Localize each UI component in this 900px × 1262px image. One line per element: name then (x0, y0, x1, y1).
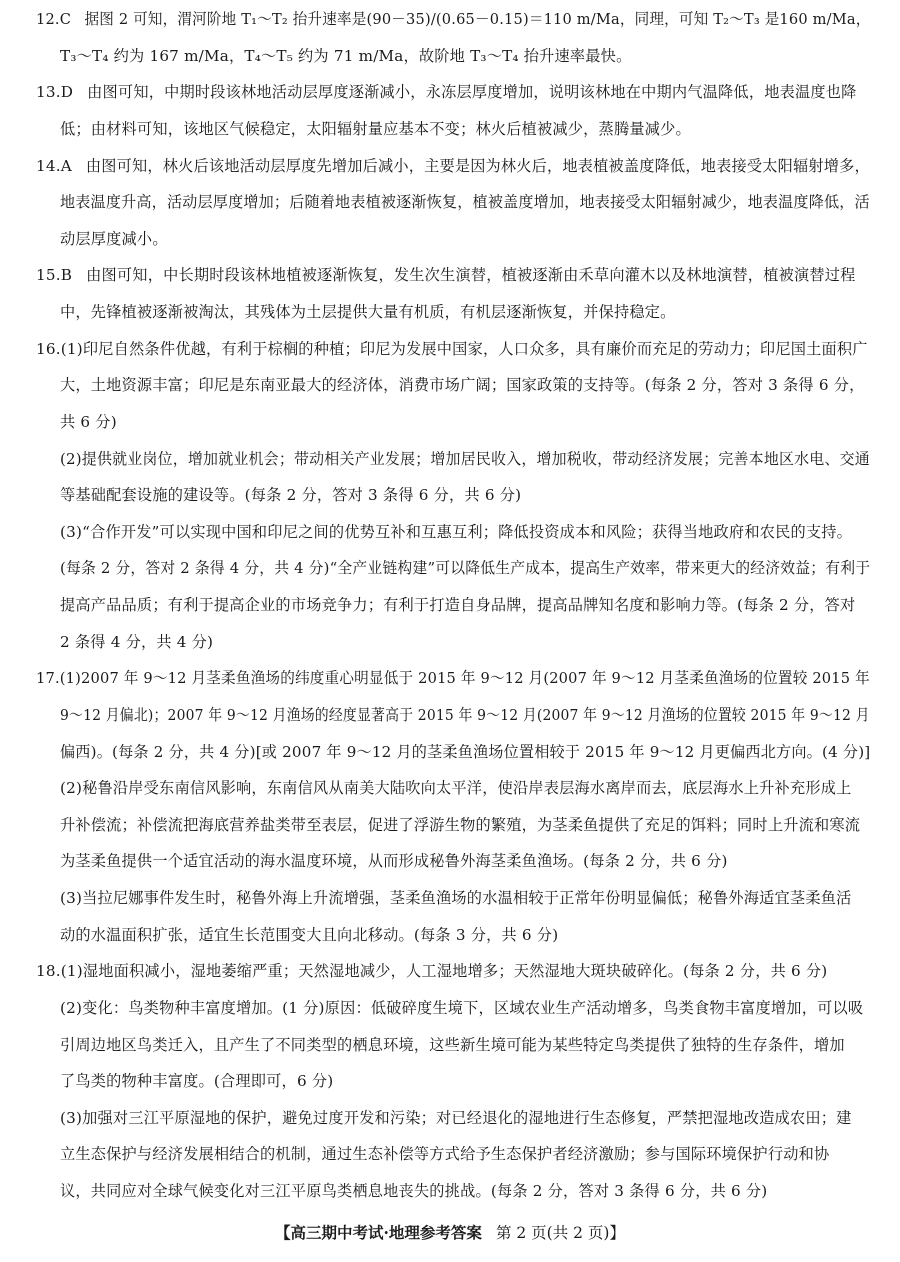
answer-18-line-3: 引周边地区鸟类迁入，且产生了不同类型的栖息环境，这些新生境可能为某些特定鸟类提供… (60, 1034, 845, 1056)
answer-18-line-7: 议，共同应对全球气候变化对三江平原鸟类栖息地丧失的挑战。(每条 2 分，答对 3… (60, 1180, 767, 1202)
answer-14-line-2: 地表温度升高，活动层厚度增加；后随着地表植被逐渐恢复，植被盖度增加，地表接受太阳… (60, 191, 870, 213)
answer-choice: C (60, 8, 71, 30)
answer-16-line-2: 大，土地资源丰富；印尼是东南亚最大的经济体，消费市场广阔；国家政策的支持等。(每… (60, 374, 864, 396)
answer-15-line-2: 中，先锋植被逐渐被淘汰，其残体为土层提供大量有机质，有机层逐渐恢复，并保持稳定。 (60, 301, 676, 323)
answer-17-line-3: 偏西)。(每条 2 分，共 4 分)[或 2007 年 9～12 月的茎柔鱼渔场… (60, 741, 870, 763)
answer-12-line-2: T₃～T₄ 约为 167 m/Ma，T₄～T₅ 约为 71 m/Ma，故阶地 T… (60, 45, 631, 67)
answer-18-line-5: (3)加强对三江平原湿地的保护，避免过度开发和污染；对已经退化的湿地进行生态修复… (60, 1107, 852, 1129)
answer-17-line-2: 9～12 月偏北)；2007 年 9～12 月渔场的经度显著高于 2015 年 … (60, 704, 870, 726)
answer-14-line-1: 14.A由图可知，林火后该地活动层厚度先增加后减小，主要是因为林火后，地表植被盖… (36, 155, 870, 177)
answer-16-line-5: 等基础配套设施的建设等。(每条 2 分，答对 3 条得 6 分，共 6 分) (60, 484, 521, 506)
answer-16-line-1: 16.(1)印尼自然条件优越，有利于棕榈的种植；印尼为发展中国家，人口众多，具有… (36, 338, 868, 360)
answer-14-line-3: 动层厚度减小。 (60, 228, 168, 250)
answer-18-line-4: 了鸟类的物种丰富度。(合理即可，6 分) (60, 1070, 333, 1092)
answer-12-line-1: 12.C据图 2 可知，渭河阶地 T₁～T₂ 抬升速率是(90－35)/(0.6… (36, 8, 870, 30)
answer-16-line-8: 提高产品品质；有利于提高企业的市场竞争力；有利于打造自身品牌，提高品牌知名度和影… (60, 594, 855, 616)
page-footer: 【高三期中考试·地理参考答案第 2 页(共 2 页)】 (0, 1222, 900, 1244)
answer-18-line-6: 立生态保护与经济发展相结合的机制，通过生态补偿等方式给予生态保护者经济激励；参与… (60, 1143, 829, 1165)
answer-17-line-1: 17.(1)2007 年 9～12 月茎柔鱼渔场的纬度重心明显低于 2015 年… (36, 667, 870, 689)
answer-16-line-3: 共 6 分) (60, 411, 117, 433)
footer-title: 【高三期中考试·地理参考答案 (275, 1223, 482, 1242)
answer-17-line-8: 动的水温面积扩张，适宜生长范围变大且向北移动。(每条 3 分，共 6 分) (60, 924, 558, 946)
answer-16-line-4: (2)提供就业岗位，增加就业机会；带动相关产业发展；增加居民收入，增加税收，带动… (60, 448, 870, 470)
answer-18-line-2: (2)变化：鸟类物种丰富度增加。(1 分)原因：低破碎度生境下，区域农业生产活动… (60, 997, 863, 1019)
answer-13-line-2: 低；由材料可知，该地区气候稳定，太阳辐射量应基本不变；林火后植被减少，蒸腾量减少… (60, 118, 691, 140)
answer-17-line-4: (2)秘鲁沿岸受东南信风影响，东南信风从南美大陆吹向太平洋，使沿岸表层海水离岸而… (60, 777, 852, 799)
answer-15-line-1: 15.B由图可知，中长期时段该林地植被逐渐恢复，发生次生演替，植被逐渐由禾草向灌… (36, 264, 856, 286)
answer-17-line-6: 为茎柔鱼提供一个适宜活动的海水温度环境，从而形成秘鲁外海茎柔鱼渔场。(每条 2 … (60, 850, 728, 872)
answer-17-line-5: 升补偿流；补偿流把海底营养盐类带至表层，促进了浮游生物的繁殖，为茎柔鱼提供了充足… (60, 814, 860, 836)
answer-16-line-7: (每条 2 分，答对 2 条得 4 分，共 4 分)“全产业链构建”可以降低生产… (60, 557, 870, 579)
footer-page-number: 第 2 页(共 2 页)】 (496, 1224, 625, 1242)
answer-16-line-9: 2 条得 4 分，共 4 分) (60, 631, 213, 653)
question-number: 12. (36, 8, 60, 30)
answer-17-line-7: (3)当拉尼娜事件发生时，秘鲁外海上升流增强，茎柔鱼渔场的水温相较于正常年份明显… (60, 887, 852, 909)
answer-18-line-1: 18.(1)湿地面积减小，湿地萎缩严重；天然湿地减少，人工湿地增多；天然湿地大斑… (36, 960, 827, 982)
answer-13-line-1: 13.D由图可知，中期时段该林地活动层厚度逐渐减小，永冻层厚度增加，说明该林地在… (36, 81, 857, 103)
answer-16-line-6: (3)“合作开发”可以实现中国和印尼之间的优势互补和互惠互利；降低投资成本和风险… (60, 521, 852, 543)
